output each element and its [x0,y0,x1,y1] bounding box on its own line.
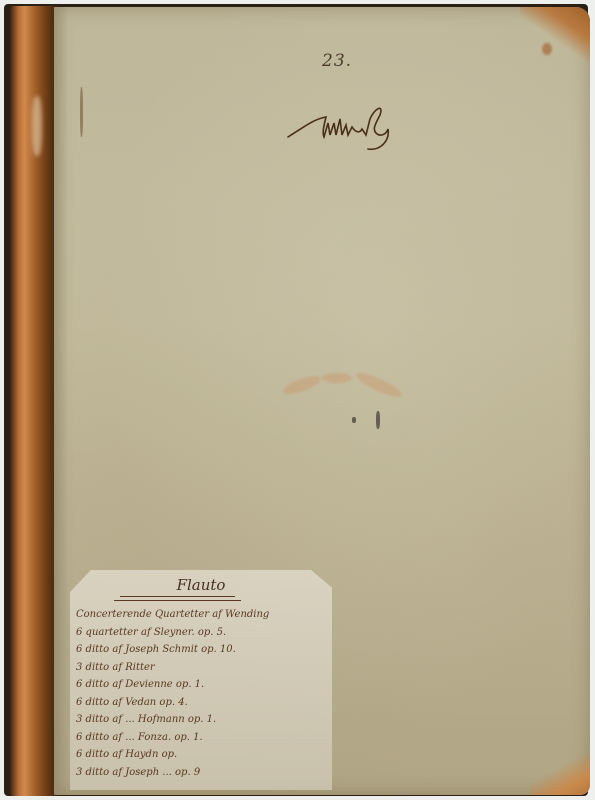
owner-signature [284,89,404,159]
label-entry: ... [76,781,328,799]
ink-mark [376,411,380,429]
shelfmark-number: 23. [322,51,352,71]
label-entry: 6 quartetter af Sleyner. op. 5. [76,624,328,642]
ink-mark [352,417,356,423]
book: 23. Flauto Concerterende Quartetter af W… [4,4,588,796]
label-entry: 6 ditto af Devienne op. 1. [76,676,328,694]
leather-spine [10,6,58,796]
stain [542,43,552,55]
worn-corner-bottom-right [530,715,590,795]
label-entry: 3 ditto af Ritter [76,659,328,677]
label-underline [114,600,241,601]
label-entry: 6 ditto af Joseph Schmit op. 10. [76,641,328,659]
worn-corner-top-right [520,7,590,87]
label-entry: 6 ditto af Vedan op. 4. [76,694,328,712]
ink-mark [80,87,83,137]
contents-label: Flauto Concerterende Quartetter af Wendi… [70,570,332,790]
label-entry: Concerterende Quartetter af Wending [76,606,328,624]
label-entries: Concerterende Quartetter af Wending 6 qu… [76,606,328,799]
stain [281,373,323,398]
stain [354,369,404,401]
stain [322,373,352,383]
label-entry: 3 ditto af Joseph ... op. 9 [76,764,328,782]
label-entry: 3 ditto af ... Hofmann op. 1. [76,711,328,729]
label-underline [120,596,235,597]
label-entry: 6 ditto af ... Fonza. op. 1. [76,729,328,747]
label-entry: 6 ditto af Haydn op. [76,746,328,764]
label-title: Flauto [70,576,332,594]
